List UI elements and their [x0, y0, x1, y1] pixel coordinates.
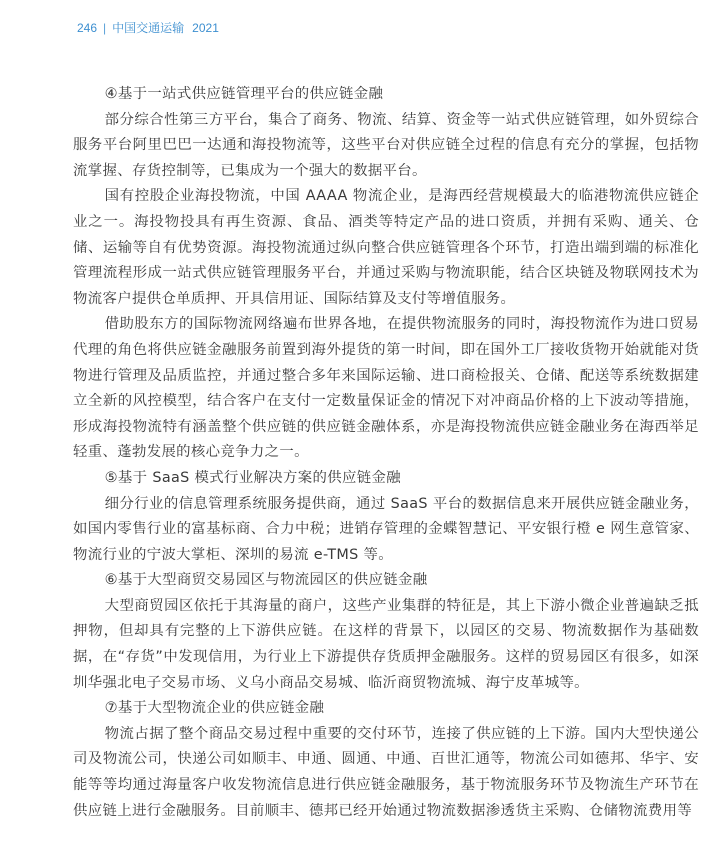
section-heading-6: ⑥基于大型商贸交易园区与物流园区的供应链金融: [73, 568, 699, 594]
book-title: 中国交通运输: [112, 21, 184, 35]
running-header: 246|中国交通运输2021: [77, 19, 219, 36]
book-year: 2021: [192, 21, 219, 35]
body-text: ④基于一站式供应链管理平台的供应链金融 部分综合性第三方平台，集合了商务、物流、…: [73, 82, 699, 824]
paragraph: 物流占据了整个商品交易过程中重要的交付环节，连接了供应链的上下游。国内大型快递公…: [73, 722, 699, 824]
paragraph: 部分综合性第三方平台，集合了商务、物流、结算、资金等一站式供应链管理，如外贸综合…: [73, 108, 699, 185]
paragraph: 大型商贸园区依托于其海量的商户，这些产业集群的特征是，其上下游小微企业普遍缺乏抵…: [73, 594, 699, 696]
section-heading-4: ④基于一站式供应链管理平台的供应链金融: [73, 82, 699, 108]
page-number: 246: [77, 21, 97, 35]
section-heading-5: ⑤基于 SaaS 模式行业解决方案的供应链金融: [73, 466, 699, 492]
paragraph: 国有控股企业海投物流，中国 AAAA 物流企业，是海西经营规模最大的临港物流供应…: [73, 184, 699, 312]
section-heading-7: ⑦基于大型物流企业的供应链金融: [73, 696, 699, 722]
header-separator: |: [103, 21, 106, 35]
paragraph: 借助股东方的国际物流网络遍布世界各地，在提供物流服务的同时，海投物流作为进口贸易…: [73, 312, 699, 466]
paragraph: 细分行业的信息管理系统服务提供商，通过 SaaS 平台的数据信息来开展供应链金融…: [73, 492, 699, 569]
